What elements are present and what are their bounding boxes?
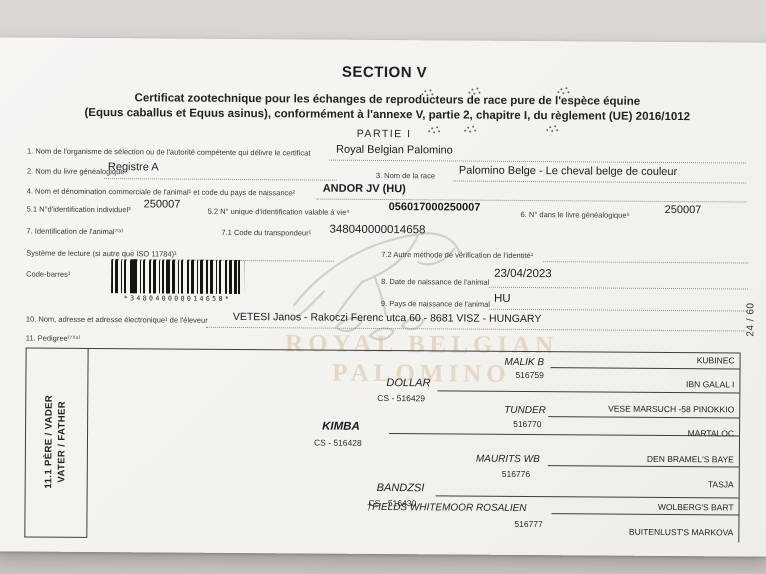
pedigree-gen4-name: BUITENLUST'S MARKOVA <box>629 527 734 538</box>
pedigree-gen1-reg: CS - 516428 <box>314 438 362 448</box>
pedigree-box-left-border <box>24 348 27 538</box>
field-9-value: HU <box>494 293 511 305</box>
field-1-label: 1. Nom de l'organisme de sélection ou de… <box>27 147 310 158</box>
field-5-1-value: 250007 <box>144 198 181 210</box>
barcode-image <box>111 259 244 294</box>
field-11-label: 11. Pedigree⁽⁷⁾⁽ˣ⁾ <box>26 334 81 343</box>
field-3-rule <box>453 180 746 183</box>
barcode-digits: *348040000014658* <box>109 294 246 303</box>
certificate-title-line2: (Equus caballus et Equus asinus), confor… <box>11 106 763 123</box>
pedigree-gen4-name: TASJA <box>708 479 734 489</box>
pedigree-gen4-name: KUBINEC <box>697 355 735 365</box>
pedigree-line-dollar <box>437 390 739 393</box>
pedigree-gen1-name: KIMBA <box>322 421 360 433</box>
field-5-2-value: 056017000250007 <box>389 201 481 214</box>
field-5-2-label: 5.2 N° unique d'identification valable à… <box>208 207 350 217</box>
field-1-rule <box>329 160 746 164</box>
field-7-2-label: 7.2 Autre méthode de vérification de l'i… <box>381 250 533 260</box>
field-4-label: 4. Nom et dénomination commerciale de l'… <box>27 187 295 198</box>
field-7-1-value: 348040000014658 <box>329 224 425 237</box>
pedigree-gen4-name: MARTALOC <box>688 428 735 438</box>
field-10-label: 10. Nom, adresse et adresse électronique… <box>26 315 208 325</box>
pedigree-gen4-name: WOLBERG'S BART <box>658 502 734 513</box>
pedigree-line-bandzsi <box>436 495 739 498</box>
certificate-title-line1: Certificat zootechnique pour les échange… <box>11 91 763 108</box>
pedigree-side-label-line2: VATER / FATHER <box>56 395 69 489</box>
pedigree-gen4-name: IBN GALAL I <box>686 379 734 389</box>
field-9-label: 9. Pays de naissance de l'animal <box>381 299 490 309</box>
field-4-rule <box>317 199 747 203</box>
pedigree-gen3-name: MAURITS WB <box>476 454 540 465</box>
pedigree-gen2-sire-name: DOLLAR <box>386 377 430 389</box>
section-title: SECTION V <box>2 61 766 83</box>
photo-background: ROYAL BELGIAN PALOMINO SECTION V Certifi… <box>0 0 766 574</box>
pedigree-line-fields <box>551 513 738 515</box>
pedigree-gen4-name: VESE MARSUCH -58 PINOKKIO <box>608 404 734 415</box>
pedigree-gen3-reg: 516759 <box>515 370 543 380</box>
pedigree-side-label-line1: 11.1 PÈRE / VADER <box>43 395 56 489</box>
pedigree-gen4-name: DEN BRAMEL'S BAYE <box>647 454 734 465</box>
field-3-value: Palomino Belge - Le cheval belge de coul… <box>459 165 677 179</box>
pedigree-gen3-name: †FIELDS WHITEMOOR ROSALIEN <box>366 502 526 514</box>
field-2-value: Registre A <box>108 161 159 173</box>
field-7-2-rule <box>543 261 748 263</box>
pedigree-line-maurits <box>548 465 739 468</box>
part-label: PARTIE I <box>1 125 766 142</box>
field-9-rule <box>489 309 748 312</box>
certificate-sheet: ROYAL BELGIAN PALOMINO SECTION V Certifi… <box>0 37 766 556</box>
field-1-value: Royal Belgian Palomino <box>336 144 453 157</box>
pedigree-gen3-name: MALIK B <box>505 357 545 368</box>
pedigree-line-kimba <box>389 433 739 437</box>
field-6-value: 250007 <box>665 204 702 216</box>
field-7-label: 7. Identification de l'animal⁷⁽ˣ⁾ <box>26 227 123 237</box>
field-6-label: 6. N° dans le livre généalogique⁵ <box>521 210 630 220</box>
dot-artifact <box>557 91 559 93</box>
field-7-1-label: 7.1 Code du transpondeur¹ <box>221 228 311 238</box>
pedigree-gen3-reg: 516776 <box>502 469 530 479</box>
dot-artifact <box>468 92 470 94</box>
field-5-1-label: 5.1 N°d'identification individuel³ <box>27 205 131 215</box>
field-8-value: 23/04/2023 <box>494 268 552 280</box>
pedigree-cell-divider <box>86 348 89 538</box>
pedigree-cell-bottom-border <box>24 537 86 539</box>
pedigree-gen2-sire-reg: CS - 516429 <box>377 393 425 403</box>
pedigree-line-tunder <box>548 416 739 419</box>
field-8-rule <box>489 287 748 290</box>
field-3-label: 3. Nom de la race <box>376 171 435 180</box>
pedigree-gen3-reg: 516777 <box>514 519 542 529</box>
field-8-label: 8. Date de naissance de l'animal <box>381 277 489 287</box>
pedigree-side-label: 11.1 PÈRE / VADER VATER / FATHER <box>43 395 69 489</box>
barcode-label: Code-barres¹ <box>26 270 70 279</box>
page-number: 24 / 60 <box>745 302 756 336</box>
pedigree-gen2-dam-name: BANDZSI <box>377 482 425 494</box>
pedigree-gen3-reg: 516770 <box>513 419 541 429</box>
reading-system-label: Système de lecture (si autre que ISO 117… <box>26 249 176 259</box>
brand-watermark-line1: ROYAL BELGIAN <box>252 329 592 360</box>
pedigree-gen3-name: TUNDER <box>504 405 546 416</box>
field-10-value: VETESI Janos - Rakoczi Ferenc utca 60 - … <box>233 311 542 325</box>
field-2-rule <box>104 178 337 181</box>
field-4-value: ANDOR JV (HU) <box>323 183 406 196</box>
pedigree-box-right-border <box>738 352 741 542</box>
